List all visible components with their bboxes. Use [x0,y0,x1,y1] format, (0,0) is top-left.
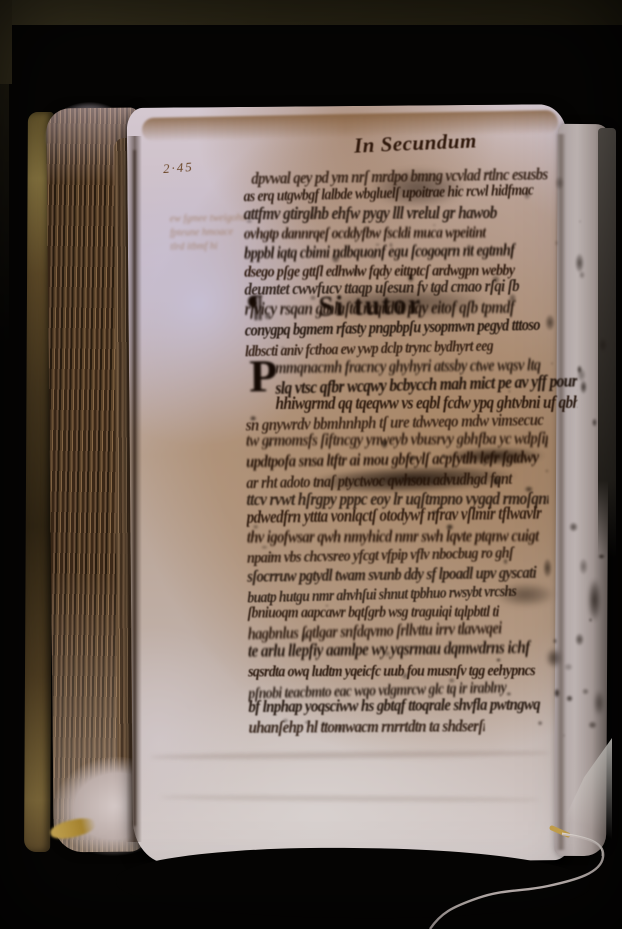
binding-thread [430,834,603,929]
photograph-of-manuscript: In Secundum 2·45 ew fgmee tweigohu fpteu… [0,0,622,929]
binding-thread-svg [0,0,622,929]
